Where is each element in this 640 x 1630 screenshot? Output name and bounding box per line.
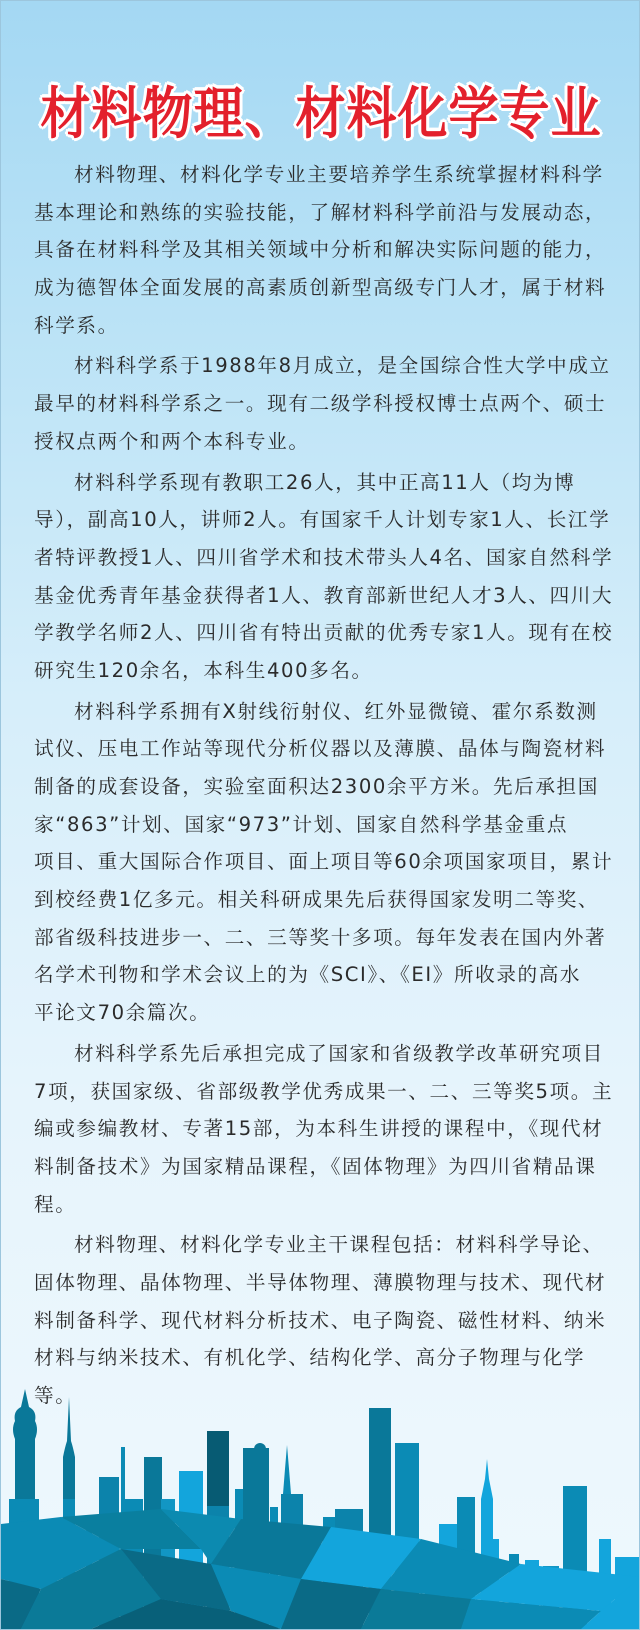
text-line: 基本理论和熟练的实验技能，了解材料科学前沿与发展动态， [34, 194, 614, 232]
text-line: 编或参编教材、专著15部，为本科生讲授的课程中，《现代材 [34, 1110, 614, 1148]
text-line: 具备在材料科学及其相关领域中分析和解决实际问题的能力， [34, 231, 614, 269]
body-text: 材料物理、材料化学专业主要培养学生系统掌握材料科学 基本理论和熟练的实验技能，了… [34, 156, 614, 1418]
poster-banner: 材料物理、材料化学专业 材料物理、材料化学专业主要培养学生系统掌握材料科学 基本… [0, 0, 640, 1630]
text-line: 材料科学系现有教职工26人，其中正高11人（均为博 [34, 464, 614, 502]
paragraph-intro: 材料物理、材料化学专业主要培养学生系统掌握材料科学 基本理论和熟练的实验技能，了… [34, 156, 614, 344]
paragraph-history: 材料科学系于1988年8月成立，是全国综合性大学中成立 最早的材料科学系之一。现… [34, 347, 614, 460]
text-line: 材料科学系拥有X射线衍射仪、红外显微镜、霍尔系数测 [34, 693, 614, 731]
city-skyline-illustration [1, 1349, 640, 1629]
text-line: 材料科学系于1988年8月成立，是全国综合性大学中成立 [34, 347, 614, 385]
text-line: 试仪、压电工作站等现代分析仪器以及薄膜、晶体与陶瓷材料 [34, 730, 614, 768]
text-line: 项目、重大国际合作项目、面上项目等60余项国家项目，累计 [34, 843, 614, 881]
skyline-polygons [1, 1509, 640, 1629]
text-line: 材料科学系先后承担完成了国家和省级教学改革研究项目 [34, 1035, 614, 1073]
poster-title: 材料物理、材料化学专业 [1, 69, 640, 150]
text-line: 7项，获国家级、省部级教学优秀成果一、二、三等奖5项。主 [34, 1073, 614, 1111]
paragraph-research: 材料科学系拥有X射线衍射仪、红外显微镜、霍尔系数测 试仪、压电工作站等现代分析仪… [34, 693, 614, 1032]
text-line: 成为德智体全面发展的高素质创新型高级专门人才，属于材料 [34, 269, 614, 307]
text-line: 固体物理、晶体物理、半导体物理、薄膜物理与技术、现代材 [34, 1264, 614, 1302]
text-line: 研究生120余名，本科生400多名。 [34, 652, 614, 690]
text-line: 基金优秀青年基金获得者1人、教育部新世纪人才3人、四川大 [34, 577, 614, 615]
text-line: 到校经费1亿多元。相关科研成果先后获得国家发明二等奖、 [34, 881, 614, 919]
text-line: 学教学名师2人、四川省有特出贡献的优秀专家1人。现有在校 [34, 614, 614, 652]
text-line: 家“863”计划、国家“973”计划、国家自然科学基金重点 [34, 806, 614, 844]
text-line: 导），副高10人，讲师2人。有国家千人计划专家1人、长江学 [34, 501, 614, 539]
text-line: 平论文70余篇次。 [34, 994, 614, 1032]
paragraph-faculty: 材料科学系现有教职工26人，其中正高11人（均为博 导），副高10人，讲师2人。… [34, 464, 614, 690]
text-line: 者特评教授1人、四川省学术和技术带头人4名、国家自然科学 [34, 539, 614, 577]
text-line: 料制备技术》为国家精品课程，《固体物理》为四川省精品课 [34, 1148, 614, 1186]
text-line: 程。 [34, 1186, 614, 1224]
text-line: 授权点两个和两个本科专业。 [34, 423, 614, 461]
text-line: 制备的成套设备，实验室面积达2300余平方米。先后承担国 [34, 768, 614, 806]
text-line: 材料物理、材料化学专业主干课程包括：材料科学导论、 [34, 1226, 614, 1264]
text-line: 料制备科学、现代材料分析技术、电子陶瓷、磁性材料、纳米 [34, 1302, 614, 1340]
text-line: 材料物理、材料化学专业主要培养学生系统掌握材料科学 [34, 156, 614, 194]
text-line: 名学术刊物和学术会议上的为《SCI》、《EI》所收录的高水 [34, 956, 614, 994]
text-line: 最早的材料科学系之一。现有二级学科授权博士点两个、硕士 [34, 385, 614, 423]
paragraph-teaching: 材料科学系先后承担完成了国家和省级教学改革研究项目 7项，获国家级、省部级教学优… [34, 1035, 614, 1223]
text-line: 科学系。 [34, 307, 614, 345]
text-line: 部省级科技进步一、二、三等奖十多项。每年发表在国内外著 [34, 919, 614, 957]
